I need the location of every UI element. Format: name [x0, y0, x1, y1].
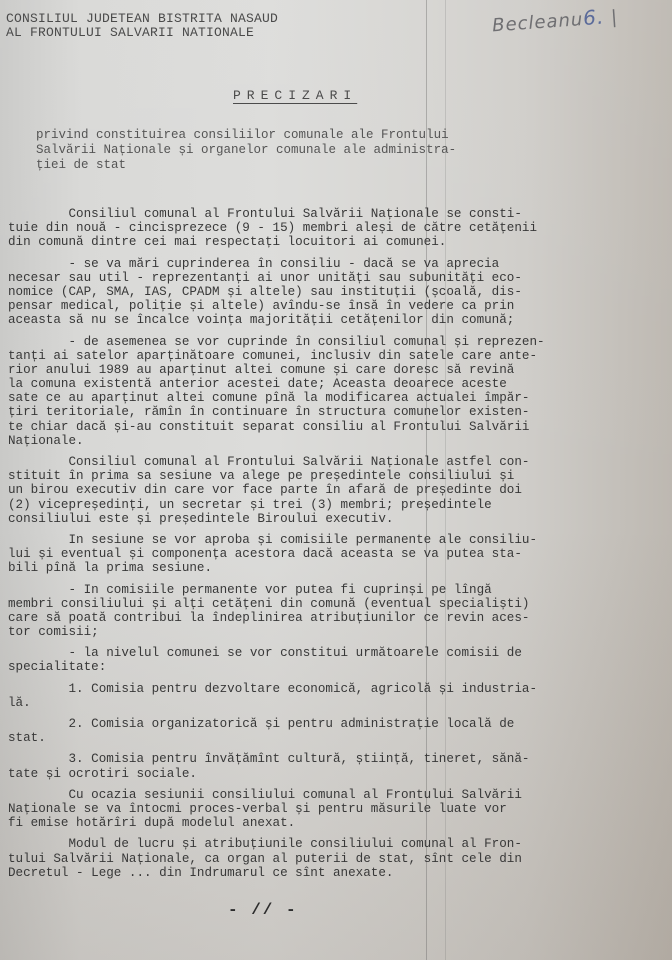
paragraph-gap: [8, 250, 668, 257]
subtitle-line: ției de stat: [36, 158, 596, 173]
handwritten-number: 6.: [582, 5, 605, 30]
body-line: nomice (CAP, SMA, IAS, CPADM și altele) …: [8, 285, 668, 299]
body-line: rior anului 1989 au aparținut altei comu…: [8, 363, 668, 377]
body-line: consiliului este și președintele Biroulu…: [8, 512, 668, 526]
body-line: tor comisii;: [8, 625, 668, 639]
body-line: Consiliul comunal al Frontului Salvării …: [8, 455, 668, 469]
body-line: Consiliul comunal al Frontului Salvării …: [8, 207, 668, 221]
document-body: Consiliul comunal al Frontului Salvării …: [8, 207, 668, 880]
paragraph-gap: [8, 675, 668, 682]
body-line: tuie din nouă - cincisprezece (9 - 15) m…: [8, 221, 668, 235]
body-line: sate ce au aparținut altei comune pînă l…: [8, 391, 668, 405]
body-line: In sesiune se vor aproba și comisiile pe…: [8, 533, 668, 547]
body-line: tanți ai satelor aparținătoare comunei, …: [8, 349, 668, 363]
body-line: membri consiliului și alți cetățeni din …: [8, 597, 668, 611]
body-line: țiri teritoriale, rămîn în continuare în…: [8, 405, 668, 419]
handwritten-text: Becleanu: [492, 9, 584, 36]
handwritten-mark: |: [610, 7, 619, 28]
body-line: - In comisiile permanente vor putea fi c…: [8, 583, 668, 597]
paragraph-gap: [8, 830, 668, 837]
paragraph-gap: [8, 639, 668, 646]
body-line: fi emise hotărîri după modelul anexat.: [8, 816, 668, 830]
paragraph-gap: [8, 526, 668, 533]
body-line: stat.: [8, 731, 668, 745]
paragraph-gap: [8, 781, 668, 788]
body-line: Naționale.: [8, 434, 668, 448]
body-line: lui și eventual și componența acestora d…: [8, 547, 668, 561]
body-line: - la nivelul comunei se vor constitui ur…: [8, 646, 668, 660]
body-line: din comună dintre cei mai respectați loc…: [8, 235, 668, 249]
paragraph-gap: [8, 710, 668, 717]
subtitle-line: Salvării Naționale și organelor comunale…: [36, 143, 596, 158]
body-line: tului Salvării Naționale, ca organ al pu…: [8, 852, 668, 866]
page-marker: - // -: [228, 901, 298, 919]
paragraph-gap: [8, 576, 668, 583]
body-line: te chiar dacă și-au constituit separat c…: [8, 420, 668, 434]
paragraph-gap: [8, 745, 668, 752]
body-line: stituit în prima sa sesiune va alege pe …: [8, 469, 668, 483]
body-line: - se va mări cuprinderea în consiliu - d…: [8, 257, 668, 271]
body-line: pensar medical, poliție și altele) avînd…: [8, 299, 668, 313]
body-line: un birou executiv din care vor face part…: [8, 483, 668, 497]
body-line: necesar sau util - reprezentanți ai unor…: [8, 271, 668, 285]
body-line: bili pînă la prima sesiune.: [8, 561, 668, 575]
body-line: tate și ocrotiri sociale.: [8, 767, 668, 781]
subtitle-line: privind constituirea consiliilor comunal…: [36, 128, 596, 143]
issuer-line-1: CONSILIUL JUDETEAN BISTRITA NASAUD: [6, 11, 278, 26]
body-line: 1. Comisia pentru dezvoltare economică, …: [8, 682, 668, 696]
issuer-line-2: AL FRONTULUI SALVARII NATIONALE: [6, 25, 254, 40]
body-line: lă.: [8, 696, 668, 710]
paragraph-gap: [8, 448, 668, 455]
handwritten-annotation: Becleanu6. |: [491, 4, 619, 37]
paragraph-gap: [8, 328, 668, 335]
body-line: care să poată contribui la îndeplinirea …: [8, 611, 668, 625]
body-line: - de asemenea se vor cuprinde în consili…: [8, 335, 668, 349]
body-line: Cu ocazia sesiunii consiliului comunal a…: [8, 788, 668, 802]
issuer-header: CONSILIUL JUDETEAN BISTRITA NASAUD AL FR…: [6, 12, 278, 40]
body-line: Modul de lucru și atribuțiunile consiliu…: [8, 837, 668, 851]
document-title: PRECIZARI: [233, 88, 357, 103]
body-line: Naționale se va întocmi proces-verbal și…: [8, 802, 668, 816]
body-line: aceasta să nu se încalce voința majorită…: [8, 313, 668, 327]
body-line: la comuna existentă anterior acestei dat…: [8, 377, 668, 391]
body-line: 3. Comisia pentru învățămînt cultură, șt…: [8, 752, 668, 766]
body-line: (2) vicepreședinți, un secretar și trei …: [8, 498, 668, 512]
body-line: specialitate:: [8, 660, 668, 674]
body-line: Decretul - Lege ... din Indrumarul ce sî…: [8, 866, 668, 880]
document-subtitle: privind constituirea consiliilor comunal…: [36, 128, 596, 173]
body-line: 2. Comisia organizatorică și pentru admi…: [8, 717, 668, 731]
